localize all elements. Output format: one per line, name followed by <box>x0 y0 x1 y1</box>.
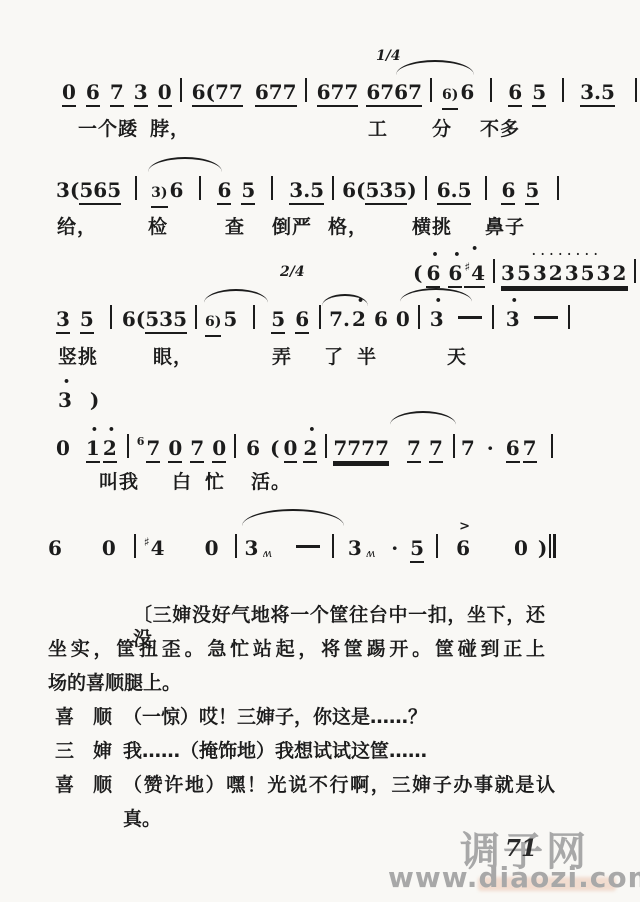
octave-dots: • <box>103 425 117 435</box>
sustain-dash <box>296 545 320 548</box>
music-token: 0 <box>514 536 528 560</box>
bar-line <box>634 259 636 283</box>
music-token: 3.5 <box>289 178 324 205</box>
music-token: 0 <box>62 80 76 107</box>
watermark-url: www.diaozi.com <box>388 861 640 894</box>
bar-line <box>557 176 559 200</box>
music-token: 3.5 <box>580 80 615 107</box>
music-token: 7777 <box>333 436 389 463</box>
octave-dots: • <box>58 377 72 387</box>
bar-line <box>180 78 182 102</box>
tremolo-mark: ʍ <box>366 547 375 560</box>
music-token: 7 <box>110 80 124 107</box>
bar-line <box>134 534 136 558</box>
stage-direction-line: 场的喜顺腿上。 <box>48 671 181 695</box>
music-token: 7 <box>146 436 160 463</box>
bar-line <box>110 305 112 329</box>
lyric-run: 白 <box>172 467 192 494</box>
lyric-run: 了 <box>324 342 344 369</box>
music-token: 0 <box>396 307 410 331</box>
music-token: 5 <box>271 307 285 334</box>
music-token: 0 <box>158 80 172 107</box>
lyric-run: 工 <box>368 114 388 141</box>
bar-line <box>562 78 564 102</box>
music-token: 0 <box>205 536 219 560</box>
music-token: 6 <box>137 430 145 454</box>
speaker-label: 喜 顺 <box>55 702 112 729</box>
music-token: 35323532········ <box>501 261 628 288</box>
slur-arc <box>242 509 344 526</box>
lyric-run: 鼻子 <box>485 212 525 239</box>
music-token: 6 <box>460 80 474 104</box>
lyric-run: 查 <box>225 212 245 239</box>
octave-dots: • <box>464 244 485 254</box>
music-token: 3 <box>56 307 70 334</box>
music-token: 6.5 <box>437 178 472 205</box>
page-number: 71 <box>505 835 537 862</box>
music-token: 6 <box>508 80 522 107</box>
slur-arc <box>400 288 472 302</box>
music-token: 7 <box>429 436 443 463</box>
dialogue-text: 真。 <box>123 804 161 831</box>
music-token: ♯4 <box>144 530 165 560</box>
lyric-run: 给， <box>57 212 97 239</box>
bar-line <box>568 305 570 329</box>
music-token: 7 <box>190 436 204 463</box>
slur-arc <box>148 157 222 172</box>
sharp-sign: ♯ <box>144 535 150 549</box>
music-token: 6 <box>501 178 515 205</box>
music-token: 6 <box>48 536 62 560</box>
stage-direction-line: 坐实，筐扭歪。急忙站起，将筐踢开。筐碰到正上 <box>48 637 545 661</box>
octave-dots: • <box>303 425 317 435</box>
music-token: 5 <box>241 178 255 205</box>
music-token: 677 <box>255 80 297 107</box>
slur-arc <box>396 60 474 75</box>
lyric-run: 横挑 <box>412 212 452 239</box>
music-token: 6 <box>170 178 184 202</box>
music-token: 0 <box>284 436 298 463</box>
bar-line <box>493 259 495 283</box>
music-token: 7 <box>523 436 537 463</box>
music-token: 0 <box>102 536 116 560</box>
music-token: 6) <box>442 83 458 110</box>
music-token: 677 <box>317 80 359 107</box>
bar-line <box>135 176 137 200</box>
bar-line <box>418 305 420 329</box>
bar-line <box>430 78 432 102</box>
music-token: 6(77 <box>192 80 243 107</box>
music-token: · <box>391 536 398 560</box>
music-line-5: 60♯403ʍ3ʍ·56>0) <box>48 530 556 566</box>
bar-line <box>199 176 201 200</box>
octave-dots: • <box>448 250 462 260</box>
speaker-label: 三 婶 <box>55 736 112 763</box>
music-token: · <box>487 436 494 460</box>
bar-line <box>453 434 455 458</box>
bar-line <box>325 434 327 458</box>
music-token: 3• <box>430 307 444 331</box>
music-token: 7 <box>461 436 475 460</box>
bar-line <box>485 176 487 200</box>
music-line-3: 356(5356)5567.2•603•3• <box>56 305 570 337</box>
sharp-sign: ♯ <box>464 260 470 274</box>
music-token: 7 <box>407 436 421 463</box>
bar-line <box>305 78 307 102</box>
lyric-run: 倒严 <box>272 212 312 239</box>
dialogue-row: 喜 顺（一惊）哎！三婶子，你这是……？ <box>0 702 640 732</box>
music-token: 3• <box>506 307 520 331</box>
lyric-run: 弄 <box>272 342 292 369</box>
lyric-run: 一个踒 <box>78 114 138 141</box>
music-token: 3 <box>134 80 148 107</box>
music-token: 565 <box>79 178 121 205</box>
music-token: 2• <box>352 307 366 331</box>
music-line-3-continuation: 3•) <box>58 388 99 412</box>
music-token: 5 <box>525 178 539 205</box>
dialogue-text: （一惊）哎！三婶子，你这是……？ <box>123 702 427 729</box>
music-line-1: 067306(7767767767676)6653.5 <box>62 78 637 110</box>
bar-line <box>332 176 334 200</box>
lyric-run: 活。 <box>251 467 291 494</box>
final-double-bar <box>549 534 556 558</box>
music-token: 6 <box>506 436 520 463</box>
music-token: 6) <box>205 310 221 337</box>
bar-line <box>436 534 438 558</box>
music-token: 2• <box>303 436 317 463</box>
music-token: 6 <box>295 307 309 334</box>
bar-line <box>271 176 273 200</box>
slur-arc <box>204 289 268 303</box>
music-line-4: 01•2•670706(02•7777777·67 <box>56 430 553 463</box>
octave-dots: • <box>426 250 440 260</box>
music-token: ) <box>90 388 99 412</box>
sustain-dash <box>458 316 482 319</box>
music-token: 6• <box>448 261 462 288</box>
music-token: 2• <box>103 436 117 463</box>
bar-line <box>235 534 237 558</box>
music-token: 6> <box>456 536 470 560</box>
bar-line <box>319 305 321 329</box>
lyric-run: 检 <box>148 212 168 239</box>
octave-dots: • <box>506 296 520 306</box>
lyric-run: 脖， <box>150 114 190 141</box>
lyric-run: 天 <box>447 342 467 369</box>
music-token: ♯4• <box>464 255 485 288</box>
music-token: ) <box>407 178 416 202</box>
lyric-run: 半 <box>357 342 377 369</box>
music-token: 3ʍ <box>245 536 272 566</box>
time-signature: 2/4 <box>280 264 305 280</box>
lyric-run: 眼， <box>153 342 193 369</box>
music-token: 6 <box>86 80 100 107</box>
lyric-run: 不多 <box>480 114 520 141</box>
bar-line <box>332 534 334 558</box>
music-token: 535 <box>145 307 187 334</box>
music-token: 6( <box>122 307 145 331</box>
music-token: 1• <box>86 436 100 463</box>
lyric-run: 分 <box>432 114 452 141</box>
music-token: 3• <box>58 388 72 412</box>
bar-line <box>195 305 197 329</box>
lyric-run: 忙 <box>205 467 225 494</box>
music-token: 3( <box>56 178 79 202</box>
music-token: ( <box>270 436 279 460</box>
music-token: 0 <box>168 436 182 463</box>
dialogue-text: （赞许地）嘿！光说不行啊，三婶子办事就是认 <box>123 770 555 797</box>
music-token: 5 <box>532 80 546 107</box>
music-token: 6767 <box>366 80 422 107</box>
music-token: 5 <box>80 307 94 334</box>
bar-line <box>551 434 553 458</box>
music-token: 535 <box>365 178 407 205</box>
bar-line <box>492 305 494 329</box>
bar-line <box>127 434 129 458</box>
slur-arc <box>390 411 456 425</box>
bar-line <box>490 78 492 102</box>
music-token: 5 <box>410 536 424 563</box>
lyric-run: 竖挑 <box>58 342 98 369</box>
music-pickup-line: (6•6•♯4•35323532········ <box>413 255 636 288</box>
music-token: 3) <box>151 181 167 208</box>
speaker-label: 喜 顺 <box>55 770 112 797</box>
bar-line <box>234 434 236 458</box>
music-token: 0 <box>56 436 70 460</box>
scanned-score-page: 067306(7767767767676)6653.53(5653)6653.5… <box>0 0 640 902</box>
accent-mark: > <box>459 521 470 533</box>
music-token: 6 <box>374 307 388 331</box>
lyric-run: 格， <box>328 212 368 239</box>
music-token: 6• <box>426 261 440 288</box>
music-token: ( <box>413 261 422 285</box>
music-token: 0 <box>212 436 226 463</box>
music-token: 3ʍ <box>348 536 375 566</box>
bar-line <box>425 176 427 200</box>
lyric-run: 叫我 <box>99 467 139 494</box>
music-token: 5 <box>223 307 237 331</box>
dialogue-row: 三 婶我……（掩饰地）我想试试这筐…… <box>0 736 640 766</box>
octave-dots: ········ <box>501 250 628 260</box>
tremolo-mark: ʍ <box>262 547 271 560</box>
music-token: 6 <box>217 178 231 205</box>
dialogue-text: 我……（掩饰地）我想试试这筐…… <box>123 736 427 763</box>
bar-line <box>253 305 255 329</box>
sustain-dash <box>534 316 558 319</box>
music-token: 6( <box>342 178 365 202</box>
music-token: 7. <box>329 307 350 331</box>
music-token: 6 <box>246 436 260 460</box>
octave-dots: • <box>86 425 100 435</box>
time-signature: 1/4 <box>376 48 401 64</box>
music-line-2: 3(5653)6653.56(535)6.565 <box>56 176 559 208</box>
music-token: ) <box>538 536 547 560</box>
dialogue-row: 喜 顺（赞许地）嘿！光说不行啊，三婶子办事就是认 <box>0 770 640 800</box>
bar-line <box>635 78 637 102</box>
